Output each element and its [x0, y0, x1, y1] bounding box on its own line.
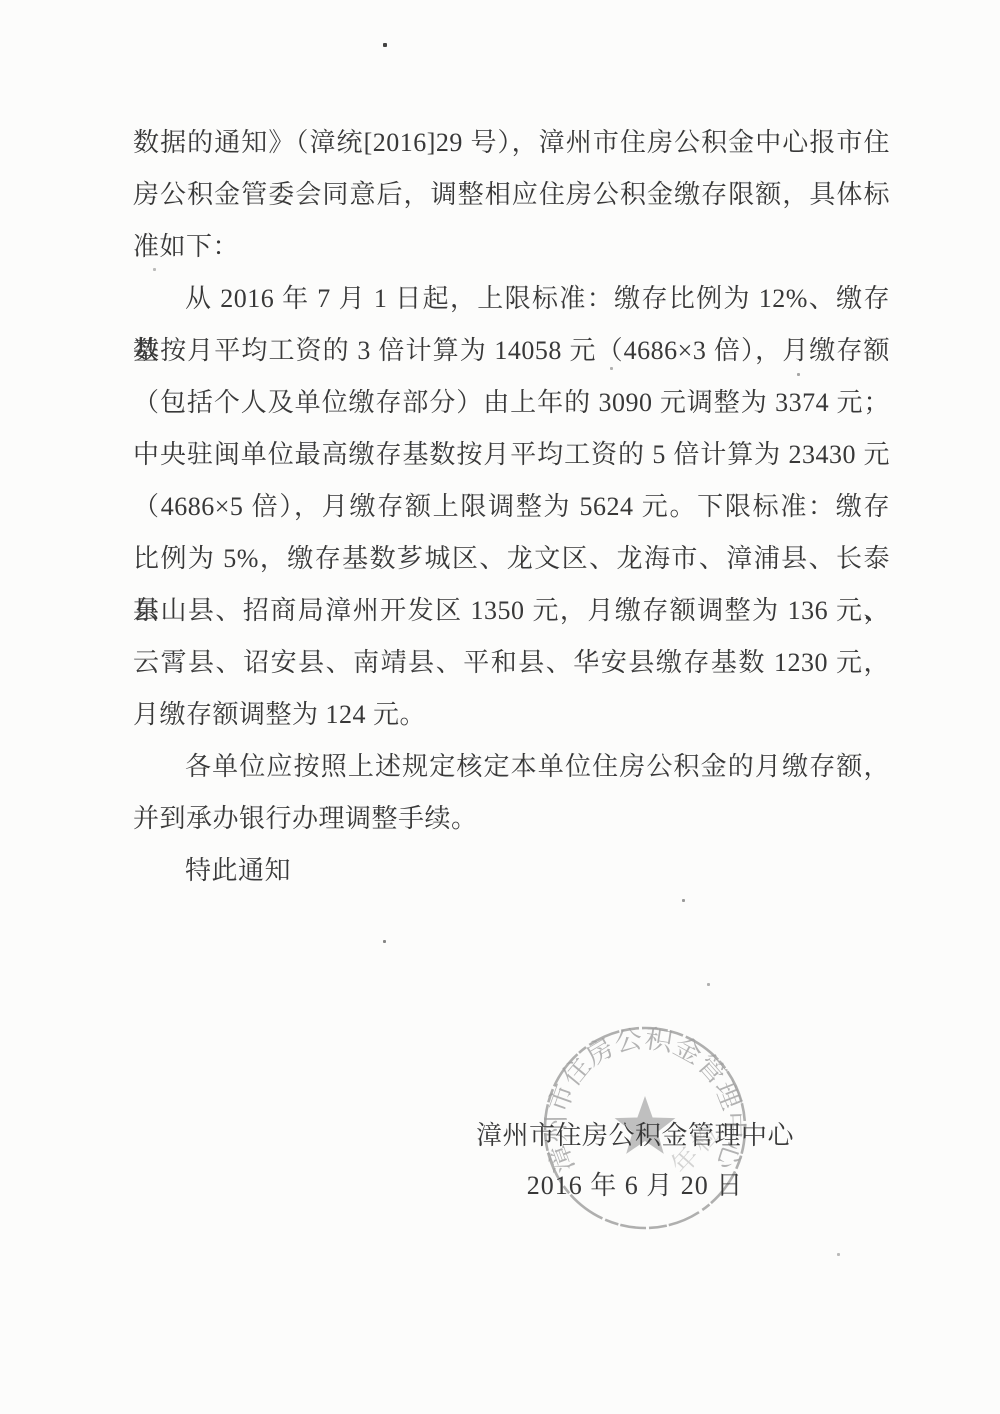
scan-speck: [797, 373, 800, 376]
document-page: 漳州市住房公积金管理中心 年检 数据的通知》（漳统[2016]29 号），漳州市…: [0, 0, 1000, 1414]
text-line: （包括个人及单位缴存部分）由上年的 3090 元调整为 3374 元；: [133, 377, 890, 429]
scan-speck: [610, 367, 613, 370]
text-line: 从 2016 年 7 月 1 日起，上限标准：缴存比例为 12%、缴存基: [133, 273, 890, 325]
text-line: 并到承办银行办理调整手续。: [133, 793, 890, 845]
scan-speck: [837, 1253, 840, 1256]
text-line: 特此通知: [133, 845, 890, 897]
scan-speck: [682, 899, 685, 902]
text-line: 数据的通知》（漳统[2016]29 号），漳州市住房公积金中心报市住: [133, 117, 890, 169]
scan-speck: [383, 940, 386, 943]
document-body: 数据的通知》（漳统[2016]29 号），漳州市住房公积金中心报市住房公积金管委…: [133, 117, 890, 897]
text-line: 中央驻闽单位最高缴存基数按月平均工资的 5 倍计算为 23430 元: [133, 429, 890, 481]
text-line: 东山县、招商局漳州开发区 1350 元，月缴存额调整为 136 元，: [133, 585, 890, 637]
text-line: 云霄县、诏安县、南靖县、平和县、华安县缴存基数 1230 元，: [133, 637, 890, 689]
text-line: 月缴存额调整为 124 元。: [133, 689, 890, 741]
signature-org: 漳州市住房公积金管理中心: [474, 1120, 796, 1152]
text-line: 比例为 5%，缴存基数芗城区、龙文区、龙海市、漳浦县、长泰县、: [133, 533, 890, 585]
text-line: 各单位应按照上述规定核定本单位住房公积金的月缴存额，: [133, 741, 890, 793]
text-line: 准如下：: [133, 221, 890, 273]
scan-speck: [707, 983, 710, 986]
text-line: 房公积金管委会同意后，调整相应住房公积金缴存限额，具体标: [133, 169, 890, 221]
text-line: 数按月平均工资的 3 倍计算为 14058 元（4686×3 倍），月缴存额: [133, 325, 890, 377]
signature-block: 漳州市住房公积金管理中心 2016 年 6 月 20 日: [474, 1120, 796, 1202]
scan-speck: [383, 43, 387, 47]
text-line: （4686×5 倍），月缴存额上限调整为 5624 元。下限标准：缴存: [133, 481, 890, 533]
signature-date: 2016 年 6 月 20 日: [474, 1170, 796, 1202]
scan-speck: [153, 268, 156, 271]
